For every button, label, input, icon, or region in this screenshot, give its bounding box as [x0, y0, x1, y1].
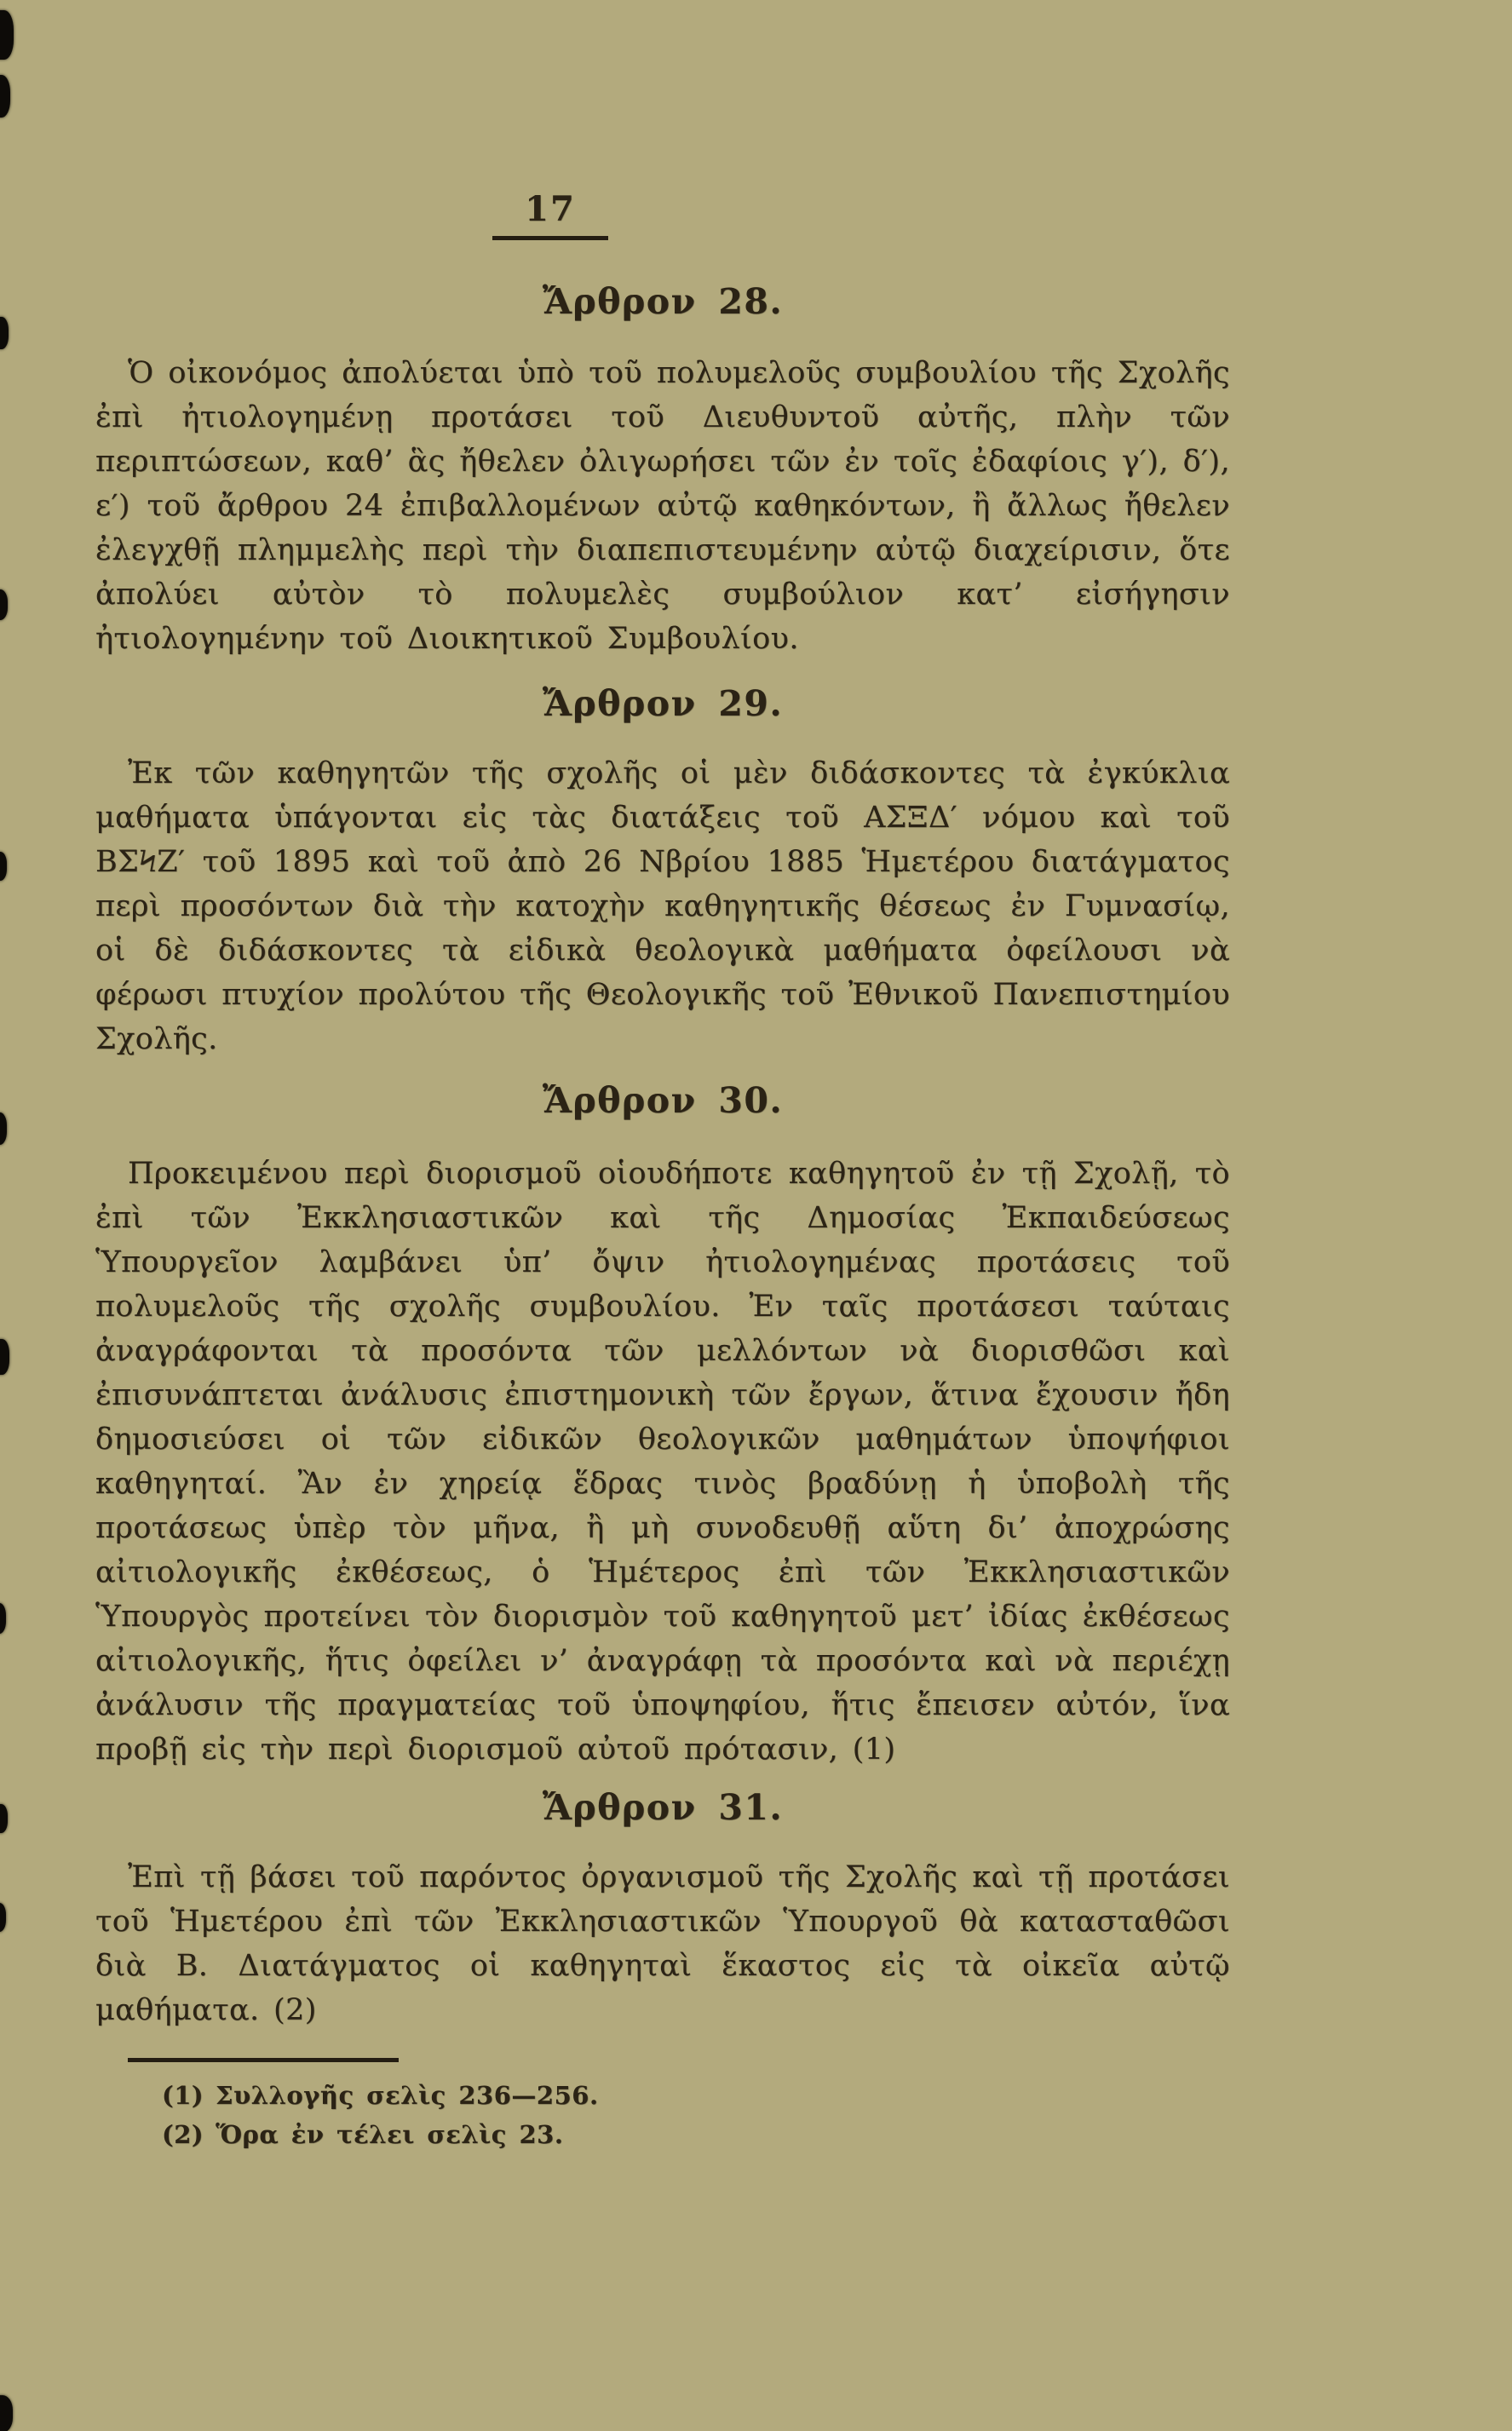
article-31-text: Ἐπὶ τῇ βάσει τοῦ παρόντος ὀργανισμοῦ τῆς… [95, 1855, 1230, 2032]
scan-artifact [0, 10, 14, 60]
scan-artifact [0, 1603, 6, 1634]
page-body: Ἄρθρον 28. Ὁ οἰκονόμος ἀπολύεται ὑπὸ τοῦ… [95, 281, 1230, 2154]
article-30: Ἄρθρον 30. Προκειμένου περὶ διορισμοῦ οἱ… [95, 1080, 1230, 1772]
article-28-text: Ὁ οἰκονόμος ἀπολύεται ὑπὸ τοῦ πολυμελοῦς… [95, 351, 1230, 661]
scan-artifact [0, 2395, 13, 2431]
scan-artifact [0, 1339, 9, 1375]
footnote-2-text: Ὅρα ἐν τέλει σελὶς 23. [216, 2120, 563, 2149]
footnote-separator [128, 2058, 399, 2062]
article-30-heading: Ἄρθρον 30. [95, 1080, 1230, 1121]
article-31-heading: Ἄρθρον 31. [95, 1787, 1230, 1828]
article-31: Ἄρθρον 31. Ἐπὶ τῇ βάσει τοῦ παρόντος ὀργ… [95, 1787, 1230, 2032]
footnote-1-label: (1) [162, 2081, 204, 2110]
article-29: Ἄρθρον 29. Ἐκ τῶν καθηγητῶν τῆς σχολῆς ο… [95, 683, 1230, 1061]
footnote-2-label: (2) [162, 2120, 204, 2149]
footnote-1: (1)Συλλογῆς σελὶς 236—256. [162, 2076, 1230, 2115]
scan-artifact [0, 1112, 7, 1145]
article-29-heading: Ἄρθρον 29. [95, 683, 1230, 724]
scan-artifact [0, 75, 10, 118]
scan-artifact [0, 317, 9, 349]
scan-artifact [0, 852, 7, 881]
footnote-2: (2)Ὅρα ἐν τέλει σελὶς 23. [162, 2115, 1230, 2154]
article-30-text: Προκειμένου περὶ διορισμοῦ οἱουδήποτε κα… [95, 1152, 1230, 1772]
article-29-text: Ἐκ τῶν καθηγητῶν τῆς σχολῆς οἱ μὲν διδάσ… [95, 751, 1230, 1061]
page-number: 17 [525, 189, 576, 229]
scan-artifact [0, 1903, 6, 1932]
scan-artifact [0, 1804, 8, 1833]
article-28-heading: Ἄρθρον 28. [95, 281, 1230, 322]
scan-artifact [0, 589, 8, 620]
scanned-book-page: { "page": { "number": "17" }, "articles"… [0, 0, 1512, 2431]
footnotes: (1)Συλλογῆς σελὶς 236—256. (2)Ὅρα ἐν τέλ… [95, 2058, 1230, 2154]
article-28: Ἄρθρον 28. Ὁ οἰκονόμος ἀπολύεται ὑπὸ τοῦ… [95, 281, 1230, 661]
page-number-underline: 17 [492, 189, 608, 240]
footnote-1-text: Συλλογῆς σελὶς 236—256. [216, 2081, 598, 2110]
